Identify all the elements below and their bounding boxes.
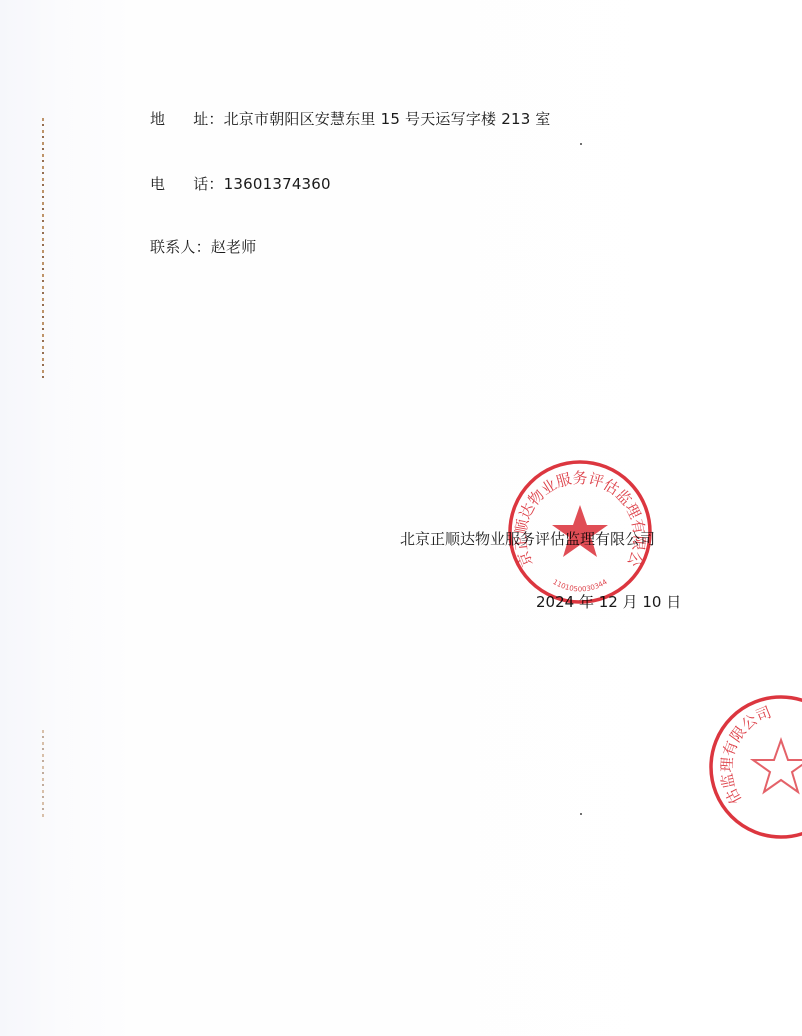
- seal-ring-text: 北京正顺达物业服务评估监理有限公司: [505, 457, 648, 569]
- phone-line: 电话：13601374360: [150, 173, 331, 194]
- company-seal-icon: 北京正顺达物业服务评估监理有限公司 1101050030344: [505, 457, 655, 607]
- svg-text:1101050030344: 1101050030344: [551, 578, 609, 594]
- address-line: 地址：北京市朝阳区安慧东里 15 号天运写字楼 213 室: [150, 108, 551, 129]
- address-label-char2: 址：: [193, 110, 223, 128]
- address-label-char1: 地: [150, 108, 165, 129]
- contact-value: 赵老师: [211, 238, 257, 256]
- phone-value: 13601374360: [224, 175, 331, 193]
- scan-binding-edge-lower: [42, 730, 44, 820]
- seal-code: 1101050030344: [551, 578, 609, 594]
- contact-label: 联系人：: [150, 238, 211, 256]
- phone-label-char1: 电: [150, 173, 165, 194]
- scan-binding-edge: [42, 118, 44, 378]
- phone-label-char2: 话：: [193, 175, 223, 193]
- document-page: 地址：北京市朝阳区安慧东里 15 号天运写字楼 213 室 电话：1360137…: [0, 0, 802, 1036]
- scan-speck: [580, 143, 582, 145]
- svg-text:北京正顺达物业服务评估监理有限公司: 北京正顺达物业服务评估监理有限公司: [505, 457, 648, 569]
- contact-line: 联系人：赵老师: [150, 236, 256, 257]
- scan-speck: [580, 813, 582, 815]
- address-value: 北京市朝阳区安慧东里 15 号天运写字楼 213 室: [224, 110, 551, 128]
- partial-seal-icon: 估监理有限公司: [706, 692, 802, 842]
